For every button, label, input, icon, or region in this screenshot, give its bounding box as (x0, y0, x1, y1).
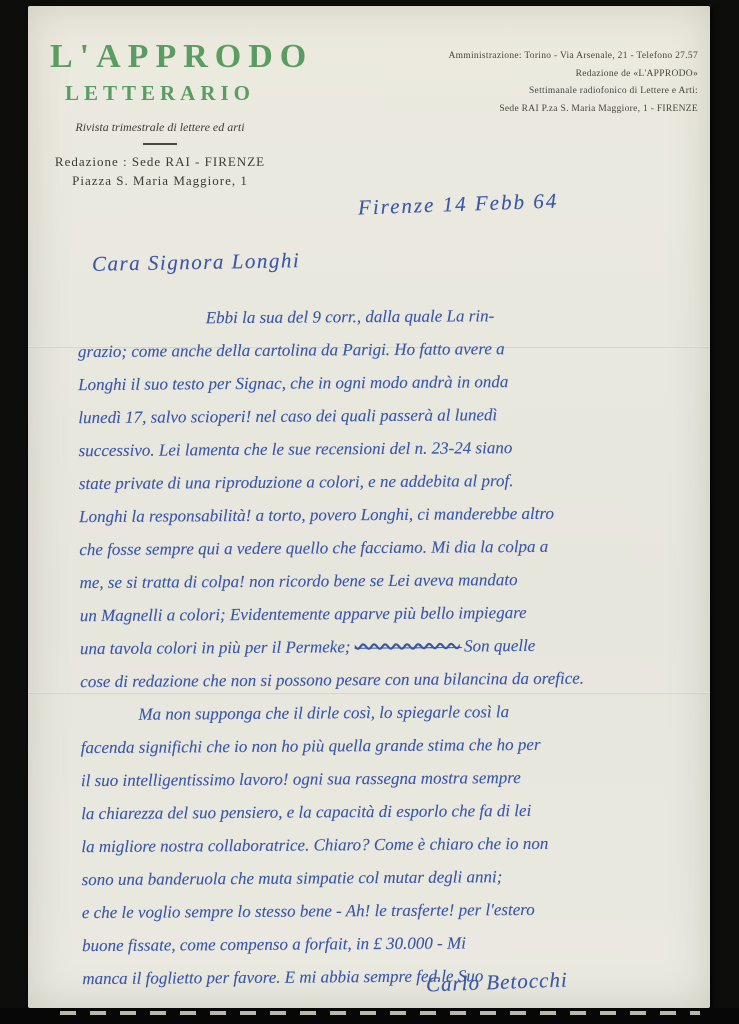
magazine-title: L'APPRODO (50, 40, 270, 74)
amministrazione-line: Amministrazione: Torino - Via Arsenale, … (398, 48, 698, 66)
strike-line-pre: una tavola colori in più per il Permeke; (80, 637, 355, 658)
body-line: e che le voglio sempre lo stesso bene - … (82, 892, 690, 929)
body-line: Ebbi la sua del 9 corr., dalla quale La … (78, 298, 686, 335)
letter-body: Ebbi la sua del 9 corr., dalla quale La … (78, 298, 691, 995)
letterhead-left-block: L'APPRODO LETTERARIO Rivista trimestrale… (50, 40, 270, 190)
salutation: Cara Signora Longhi (92, 248, 301, 277)
settimanale-line: Settimanale radiofonico di Lettere e Art… (398, 83, 698, 101)
crossed-out-word: ――――――― (355, 636, 460, 656)
strike-line-post: Son quelle (460, 636, 536, 656)
body-line: sono una banderuola che muta simpatie co… (82, 859, 690, 896)
letterhead-rule (143, 143, 177, 145)
body-line: grazio; come anche della cartolina da Pa… (78, 331, 686, 368)
body-line-with-strikethrough: una tavola colori in più per il Permeke;… (80, 628, 688, 665)
body-line: che fosse sempre qui a vedere quello che… (79, 529, 687, 566)
body-line: buone fissate, come compenso a forfait, … (82, 925, 690, 962)
sede-rai-line: Sede RAI P.za S. Maria Maggiore, 1 - FIR… (398, 101, 698, 119)
signature: Carlo Betocchi (426, 968, 569, 998)
perforation-marks (60, 1011, 700, 1015)
scanner-background: L'APPRODO LETTERARIO Rivista trimestrale… (0, 0, 739, 1024)
body-line: la migliore nostra collaboratrice. Chiar… (81, 826, 689, 863)
body-line: un Magnelli a colori; Evidentemente appa… (80, 595, 688, 632)
body-line: Longhi il suo testo per Signac, che in o… (78, 364, 686, 401)
body-line: state private di una riproduzione a colo… (79, 463, 687, 500)
redazione-line: Redazione de «L'APPRODO» (398, 66, 698, 84)
body-line: Ma non supponga che il dirle così, lo sp… (80, 694, 688, 731)
body-line: facenda significhi che io non ho più que… (81, 727, 689, 764)
handwritten-date: Firenze 14 Febb 64 (358, 189, 559, 221)
magazine-tagline: Rivista trimestrale di lettere ed arti (50, 120, 270, 135)
piazza-address-line: Piazza S. Maria Maggiore, 1 (50, 171, 270, 190)
redazione-address-line: Redazione : Sede RAI - FIRENZE (50, 152, 270, 171)
body-line: il suo intelligentissimo lavoro! ogni su… (81, 760, 689, 797)
magazine-subtitle: LETTERARIO (50, 81, 270, 106)
body-line: manca il foglietto per favore. E mi abbi… (82, 958, 690, 995)
scan-bottom-edge (0, 1008, 739, 1024)
body-line: successivo. Lei lamenta che le sue recen… (79, 430, 687, 467)
body-line: la chiarezza del suo pensiero, e la capa… (81, 793, 689, 830)
letterhead-right-block: Amministrazione: Torino - Via Arsenale, … (398, 48, 698, 118)
body-line: lunedì 17, salvo scioperi! nel caso dei … (78, 397, 686, 434)
body-line: Longhi la responsabilità! a torto, pover… (79, 496, 687, 533)
letter-page: L'APPRODO LETTERARIO Rivista trimestrale… (28, 6, 710, 1008)
body-line: me, se si tratta di colpa! non ricordo b… (79, 562, 687, 599)
body-line: cose di redazione che non si possono pes… (80, 661, 688, 698)
